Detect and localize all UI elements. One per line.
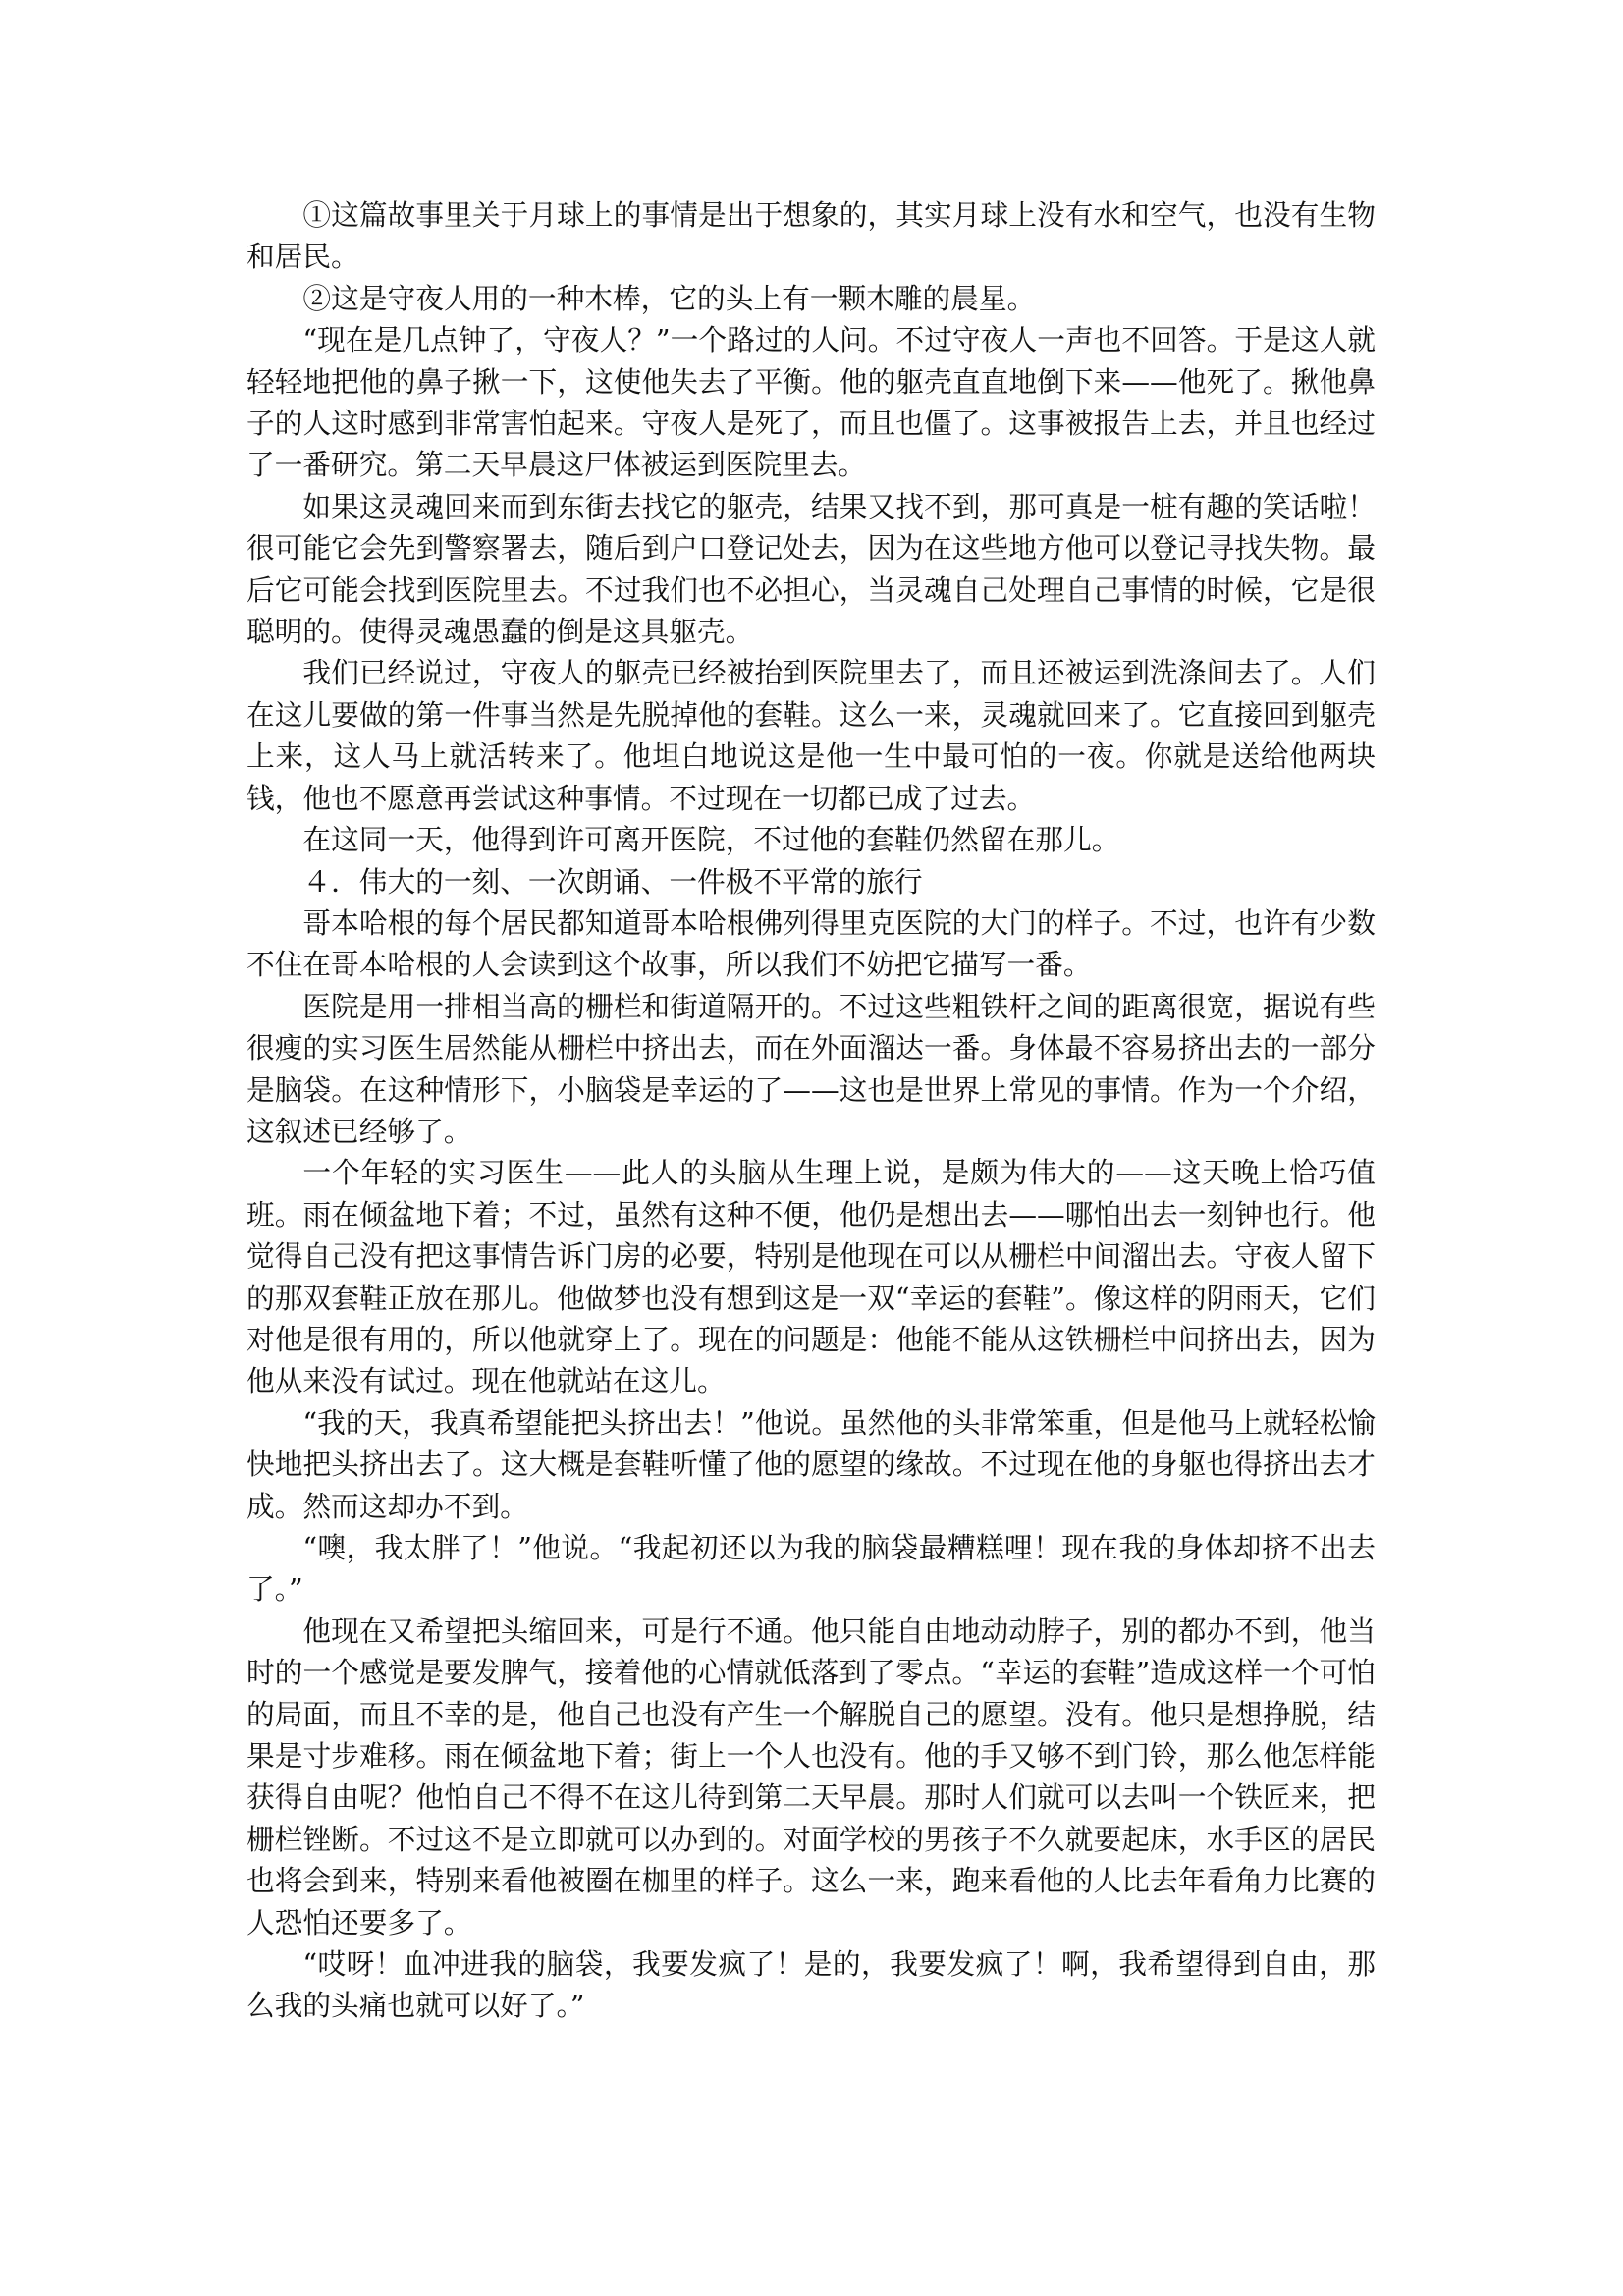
paragraph: “我的天，我真希望能把头挤出去！”他说。虽然他的头非常笨重，但是他马上就轻松愉快… — [246, 1402, 1376, 1527]
paragraph: “哎呀！血冲进我的脑袋，我要发疯了！是的，我要发疯了！啊，我希望得到自由，那么我… — [246, 1943, 1376, 2027]
paragraph: 一个年轻的实习医生——此人的头脑从生理上说，是颇为伟大的——这天晚上恰巧值班。雨… — [246, 1152, 1376, 1401]
paragraph: 他现在又希望把头缩回来，可是行不通。他只能自由地动动脖子，别的都办不到，他当时的… — [246, 1611, 1376, 1943]
footnote-2: ②这是守夜人用的一种木棒，它的头上有一颗木雕的晨星。 — [246, 278, 1376, 319]
paragraph: “噢，我太胖了！”他说。“我起初还以为我的脑袋最糟糕哩！现在我的身体却挤不出去了… — [246, 1527, 1376, 1611]
footnote-1: ①这篇故事里关于月球上的事情是出于想象的，其实月球上没有水和空气，也没有生物和居… — [246, 194, 1376, 278]
paragraph: 医院是用一排相当高的栅栏和街道隔开的。不过这些粗铁杆之间的距离很宽，据说有些很瘦… — [246, 986, 1376, 1153]
paragraph: 我们已经说过，守夜人的躯壳已经被抬到医院里去了，而且还被运到洗涤间去了。人们在这… — [246, 652, 1376, 819]
paragraph: 哥本哈根的每个居民都知道哥本哈根佛列得里克医院的大门的样子。不过，也许有少数不住… — [246, 902, 1376, 986]
document-page: ①这篇故事里关于月球上的事情是出于想象的，其实月球上没有水和空气，也没有生物和居… — [246, 194, 1376, 2027]
paragraph: “现在是几点钟了，守夜人？”一个路过的人问。不过守夜人一声也不回答。于是这人就轻… — [246, 319, 1376, 486]
paragraph: 如果这灵魂回来而到东街去找它的躯壳，结果又找不到，那可真是一桩有趣的笑话啦！很可… — [246, 486, 1376, 653]
section-heading: ４．伟大的一刻、一次朗诵、一件极不平常的旅行 — [246, 861, 1376, 902]
paragraph: 在这同一天，他得到许可离开医院，不过他的套鞋仍然留在那儿。 — [246, 819, 1376, 860]
